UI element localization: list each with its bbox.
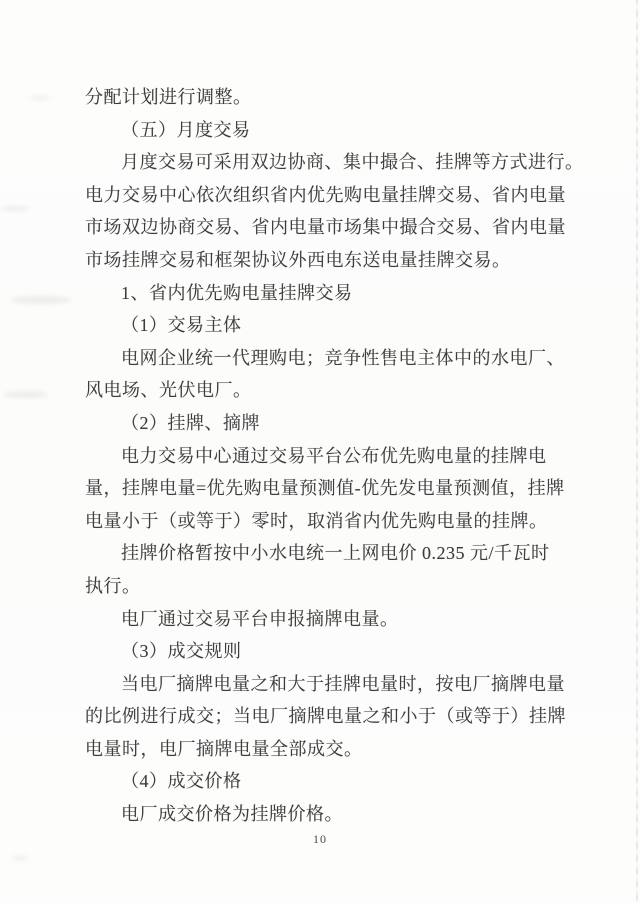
text-line: （五）月度交易 [85,114,563,147]
text-line: 市场挂牌交易和框架协议外西电东送电量挂牌交易。 [85,244,563,277]
text-line: 电量时，电厂摘牌电量全部成交。 [85,733,563,766]
text-line: 挂牌价格暂按中小水电统一上网电价 0.235 元/千瓦时 [85,537,563,570]
text-line: 风电场、光伏电厂。 [85,374,563,407]
text-line: 分配计划进行调整。 [85,81,563,114]
scan-smudge [12,856,28,860]
page-number: 10 [0,832,640,847]
text-line: 的比例进行成交；当电厂摘牌电量之和小于（或等于）挂牌 [85,700,563,733]
text-line: 电力交易中心通过交易平台公布优先购电量的挂牌电 [85,440,563,473]
text-line: 当电厂摘牌电量之和大于挂牌电量时，按电厂摘牌电量 [85,668,563,701]
scan-edge-streak [636,0,638,903]
text-line: 市场双边协商交易、省内电量市场集中撮合交易、省内电量 [85,211,563,244]
text-line: （4）成交价格 [85,765,563,798]
text-line: （1）交易主体 [85,309,563,342]
text-line: 电力交易中心依次组织省内优先购电量挂牌交易、省内电量 [85,179,563,212]
scan-smudge [10,296,72,304]
text-line: 月度交易可采用双边协商、集中撮合、挂牌等方式进行。 [85,146,563,179]
text-line: 执行。 [85,570,563,603]
text-line: （2）挂牌、摘牌 [85,407,563,440]
text-line: 电厂通过交易平台申报摘牌电量。 [85,603,563,636]
text-line: 电量小于（或等于）零时，取消省内优先购电量的挂牌。 [85,505,563,538]
scan-smudge [0,206,30,211]
scan-smudge [30,96,50,100]
text-line: （3）成交规则 [85,635,563,668]
document-text-block: 分配计划进行调整。（五）月度交易月度交易可采用双边协商、集中撮合、挂牌等方式进行… [85,81,563,831]
scanned-document-page: 分配计划进行调整。（五）月度交易月度交易可采用双边协商、集中撮合、挂牌等方式进行… [0,0,640,903]
text-line: 1、省内优先购电量挂牌交易 [85,277,563,310]
text-line: 电厂成交价格为挂牌价格。 [85,798,563,831]
text-line: 量，挂牌电量=优先购电量预测值-优先发电量预测值，挂牌 [85,472,563,505]
text-line: 电网企业统一代理购电；竞争性售电主体中的水电厂、 [85,342,563,375]
scan-smudge [4,391,48,398]
